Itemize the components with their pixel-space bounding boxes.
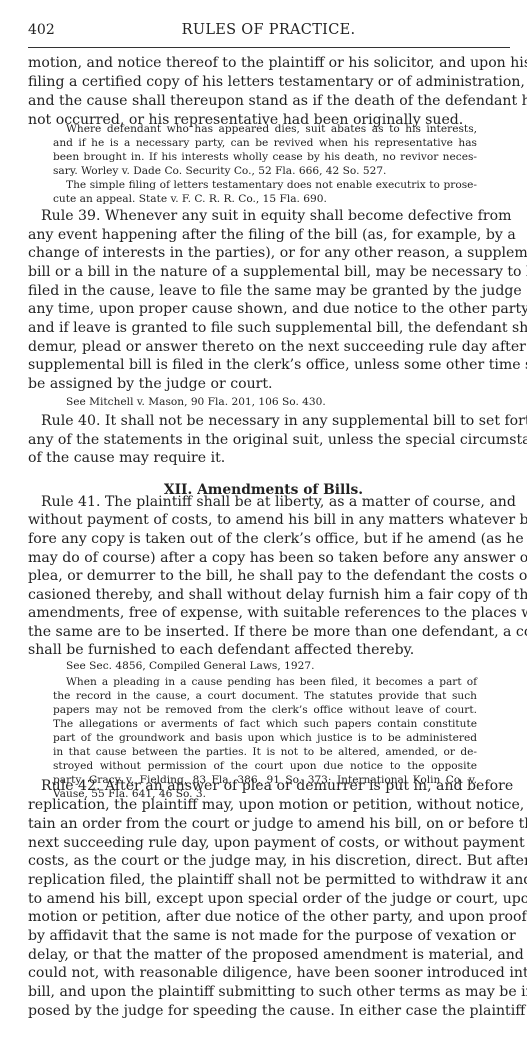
annotation-line: cute an appeal. State v. F. C. R. R. Co.… xyxy=(53,192,477,206)
body-text-line: and if leave is granted to file such sup… xyxy=(28,319,510,337)
body-text-line: replication filed, the plaintiff shall n… xyxy=(28,871,510,889)
annotation-line: in that cause between the parties. It is… xyxy=(53,745,477,759)
annotation-line: sary. Worley v. Dade Co. Security Co., 5… xyxy=(53,164,477,178)
body-text-line: plea, or demurrer to the bill, he shall … xyxy=(28,567,510,585)
body-text-line: and the cause shall thereupon stand as i… xyxy=(28,92,510,110)
annotation-line: The simple filing of letters testamentar… xyxy=(66,178,477,192)
body-text-line: be assigned by the judge or court. xyxy=(28,375,510,393)
body-text-line: without payment of costs, to amend his b… xyxy=(28,511,510,529)
annotation-line: When a pleading in a cause pending has b… xyxy=(66,675,477,689)
body-text-line: Rule 39. Whenever any suit in equity sha… xyxy=(41,207,510,225)
body-text-line: may do of course) after a copy has been … xyxy=(28,549,510,567)
body-text-line: Rule 42. After an answer of plea or demu… xyxy=(41,777,510,795)
running-title: RULES OF PRACTICE. xyxy=(0,22,527,38)
body-text-line: next succeeding rule day, upon payment o… xyxy=(28,834,510,852)
body-text-line: delay, or that the matter of the propose… xyxy=(28,946,510,964)
body-text-line: costs, as the court or the judge may, in… xyxy=(28,852,510,870)
body-text-line: bill or a bill in the nature of a supple… xyxy=(28,263,510,281)
body-text-line: any of the statements in the original su… xyxy=(28,431,510,449)
body-text-line: casioned thereby, and shall without dela… xyxy=(28,586,510,604)
body-text-line: shall be furnished to each defendant aff… xyxy=(28,641,510,659)
annotation-line: stroyed without permission of the court … xyxy=(53,759,477,773)
annotation-line: been brought in. If his interests wholly… xyxy=(53,150,477,164)
body-text-line: demur, plead or answer thereto on the ne… xyxy=(28,338,510,356)
body-text-line: any event happening after the filing of … xyxy=(28,226,510,244)
body-text-line: posed by the judge for speeding the caus… xyxy=(28,1002,510,1020)
body-text-line: Rule 40. It shall not be necessary in an… xyxy=(41,412,510,430)
body-text-line: motion, and notice thereof to the plaint… xyxy=(28,54,510,72)
annotation-line: papers may not be removed from the clerk… xyxy=(53,703,477,717)
annotation-line: part of the groundwork and basis upon wh… xyxy=(53,731,477,745)
annotation-line: Where defendant who has appeared dies, s… xyxy=(66,122,477,136)
annotation-line: the record in the cause, a court documen… xyxy=(53,689,477,703)
body-text-line: supplemental bill is filed in the clerk’… xyxy=(28,356,510,374)
body-text-line: of the cause may require it. xyxy=(28,449,510,467)
body-text-line: bill, and upon the plaintiff submitting … xyxy=(28,983,510,1001)
body-text-line: fore any copy is taken out of the clerk’… xyxy=(28,530,510,548)
body-text-line: filed in the cause, leave to file the sa… xyxy=(28,282,510,300)
annotation-line: See Mitchell v. Mason, 90 Fla. 201, 106 … xyxy=(66,395,477,409)
body-text-line: could not, with reasonable diligence, ha… xyxy=(28,964,510,982)
body-text-line: to amend his bill, except upon special o… xyxy=(28,890,510,908)
header-rule xyxy=(28,47,510,48)
body-text-line: tain an order from the court or judge to… xyxy=(28,815,510,833)
annotation-line: See Sec. 4856, Compiled General Laws, 19… xyxy=(66,659,477,673)
body-text-line: by affidavit that the same is not made f… xyxy=(28,927,510,945)
body-text-line: replication, the plaintiff may, upon mot… xyxy=(28,796,510,814)
body-text-line: amendments, free of expense, with suitab… xyxy=(28,604,510,622)
body-text-line: the same are to be inserted. If there be… xyxy=(28,623,510,641)
annotation-line: The allegations or averments of fact whi… xyxy=(53,717,477,731)
body-text-line: motion or petition, after due notice of … xyxy=(28,908,510,926)
body-text-line: filing a certified copy of his letters t… xyxy=(28,73,510,91)
body-text-line: change of interests in the parties), or … xyxy=(28,244,510,262)
section-heading: XII. Amendments of Bills. xyxy=(0,482,527,498)
annotation-line: and if he is a necessary party, can be r… xyxy=(53,136,477,150)
body-text-line: any time, upon proper cause shown, and d… xyxy=(28,300,510,318)
